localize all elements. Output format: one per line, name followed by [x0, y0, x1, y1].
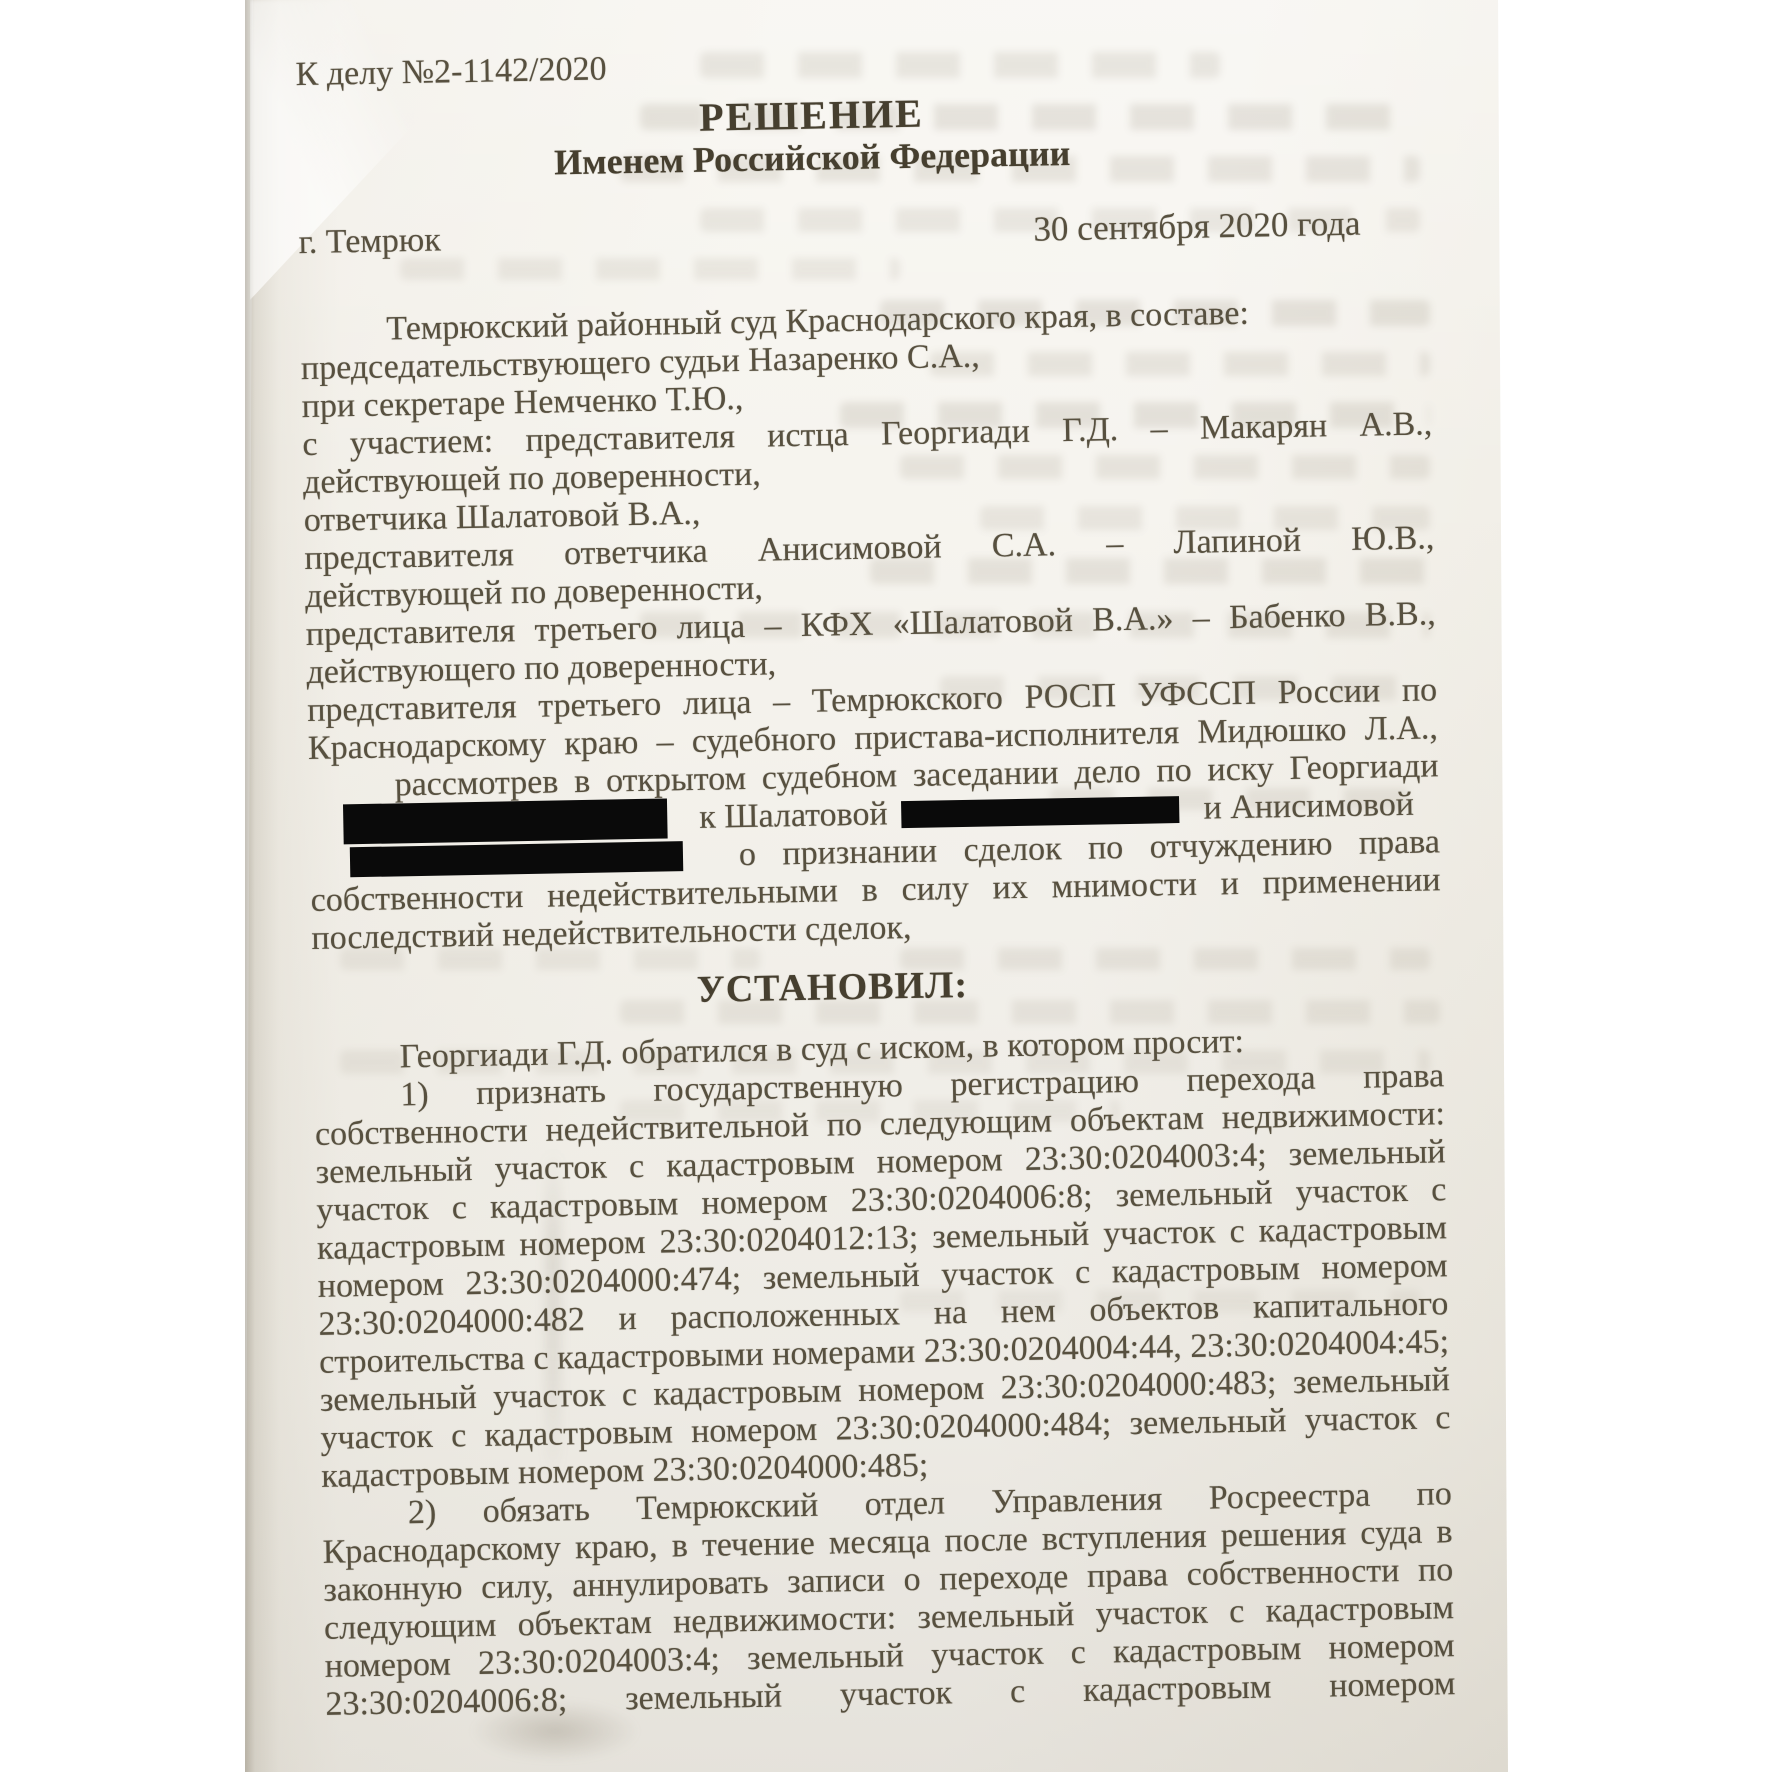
redaction-bar — [901, 796, 1179, 828]
text-fragment: и Анисимовой — [1203, 786, 1414, 828]
document-content: К делу №2-1142/2020 РЕШЕНИЕ Именем Росси… — [294, 0, 1456, 1772]
decision-date: 30 сентября 2020 года — [1033, 205, 1361, 249]
text-fragment: к Шалатовой — [699, 795, 888, 836]
section-heading: УСТАНОВИЛ: — [312, 959, 1353, 1016]
document-body: Темрюкский районный суд Краснодарского к… — [300, 291, 1456, 1723]
redaction-bar — [350, 841, 683, 877]
photo-of-court-decision: К делу №2-1142/2020 РЕШЕНИЕ Именем Росси… — [0, 0, 1772, 1772]
city-date-row: г. Темрюк 30 сентября 2020 года — [298, 203, 1429, 262]
city-label: г. Темрюк — [298, 222, 441, 263]
case-reference: К делу №2-1142/2020 — [295, 50, 607, 94]
document-title-block: РЕШЕНИЕ Именем Российской Федерации — [296, 85, 1427, 186]
redaction-bar — [343, 798, 668, 844]
